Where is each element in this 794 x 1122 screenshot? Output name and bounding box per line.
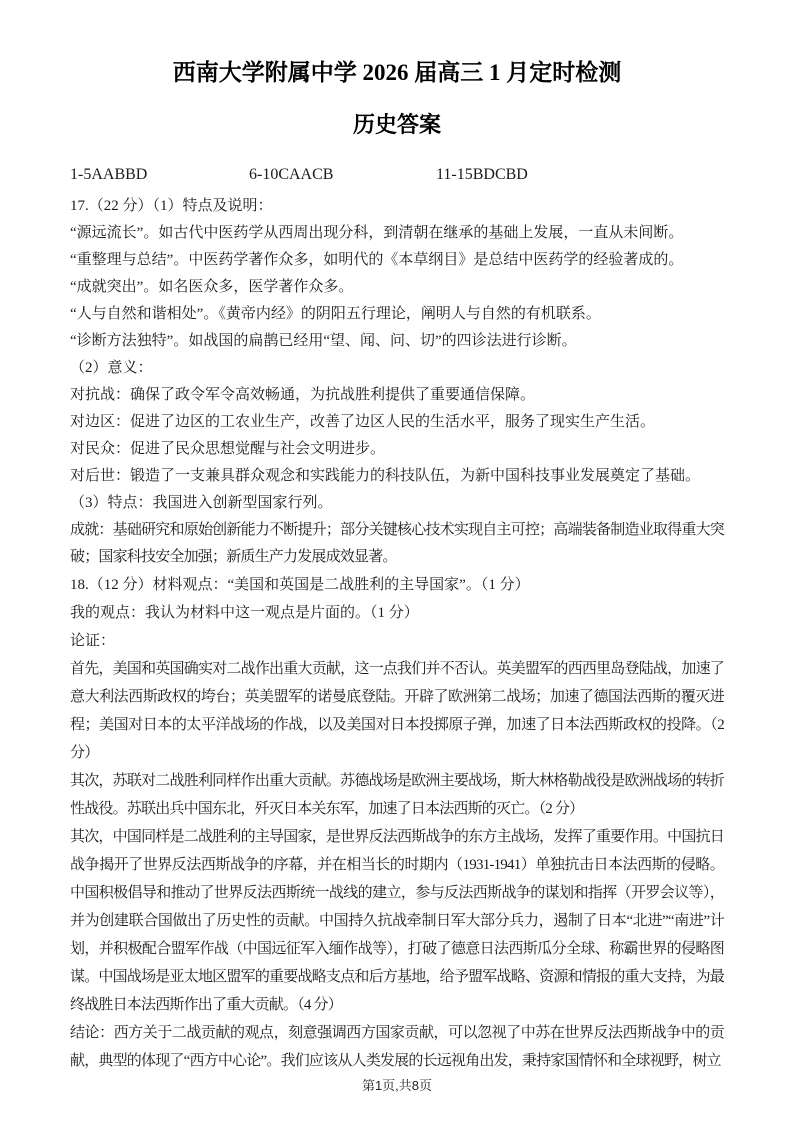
q18-my-viewpoint: 我的观点：我认为材料中这一观点是片面的。（1 分）	[70, 599, 724, 627]
q17-meaning-line: 对抗战：确保了政令军令高效畅通，为抗战胜利提供了重要通信保障。	[70, 382, 724, 409]
answer-key-6-10: 6-10CAACB	[249, 164, 432, 186]
answers-body: 17.（22 分）（1）特点及说明： “源远流长”。如古代中医药学从西周出现分科…	[70, 193, 724, 1075]
q18-argument-paragraph-ussr: 其次，苏联对二战胜利同样作出重大贡献。苏德战场是欧洲主要战场，斯大林格勒战役是欧…	[70, 767, 724, 823]
q17-meaning-line: 对后世：锻造了一支兼具群众观念和实践能力的科技队伍，为新中国科技事业发展奠定了基…	[70, 463, 724, 490]
page-number: 第1页,共8页	[0, 1075, 794, 1094]
multiple-choice-answer-key: 1-5AABBD 6-10CAACB 11-15BDCBD	[70, 164, 724, 186]
q18-argument-paragraph-us-uk: 首先，美国和英国确实对二战作出重大贡献，这一点我们并不否认。英美盟军的西西里岛登…	[70, 655, 724, 767]
answer-key-11-15: 11-15BDCBD	[436, 164, 528, 186]
document-title: 西南大学附属中学 2026 届高三 1 月定时检测	[40, 56, 754, 90]
q17-feature-line: “诊断方法独特”。如战国的扁鹊已经用“望、闻、问、切”的四诊法进行诊断。	[70, 328, 724, 355]
q17-feature-line: “源远流长”。如古代中医药学从西周出现分科，到清朝在继承的基础上发展，一直从未间…	[70, 220, 724, 247]
q18-argument-paragraph-china: 其次，中国同样是二战胜利的主导国家，是世界反法西斯战争的东方主战场，发挥了重要作…	[70, 823, 724, 1019]
q17-feature-line: “人与自然和谐相处”。《黄帝内经》的阴阳五行理论，阐明人与自然的有机联系。	[70, 301, 724, 328]
q17-part2-heading: （2）意义：	[70, 355, 724, 382]
document-page: 西南大学附属中学 2026 届高三 1 月定时检测 历史答案 1-5AABBD …	[0, 0, 794, 1122]
q17-achievement-paragraph: 成就：基础研究和原始创新能力不断提升；部分关键核心技术实现自主可控；高端装备制造…	[70, 517, 724, 571]
q17-feature-line: “成就突出”。如名医众多，医学著作众多。	[70, 274, 724, 301]
q17-feature-line: “重整理与总结”。中医药学著作众多，如明代的《本草纲目》是总结中医药学的经验著成…	[70, 247, 724, 274]
q17-heading-line: 17.（22 分）（1）特点及说明：	[70, 193, 724, 220]
question-17-answer: 17.（22 分）（1）特点及说明： “源远流长”。如古代中医药学从西周出现分科…	[70, 193, 724, 571]
q18-conclusion-paragraph: 结论：西方关于二战贡献的观点，刻意强调西方国家贡献，可以忽视了中苏在世界反法西斯…	[70, 1019, 724, 1075]
q18-argument-heading: 论证：	[70, 627, 724, 655]
q17-meaning-line: 对边区：促进了边区的工农业生产，改善了边区人民的生活水平，服务了现实生产生活。	[70, 409, 724, 436]
answer-key-1-5: 1-5AABBD	[70, 164, 245, 186]
question-18-answer: 18.（12 分）材料观点：“美国和英国是二战胜利的主导国家”。（1 分） 我的…	[70, 571, 724, 1075]
document-subtitle: 历史答案	[40, 110, 754, 140]
q17-part3-heading: （3）特点：我国进入创新型国家行列。	[70, 490, 724, 517]
q18-material-viewpoint: 18.（12 分）材料观点：“美国和英国是二战胜利的主导国家”。（1 分）	[70, 571, 724, 599]
q17-meaning-line: 对民众：促进了民众思想觉醒与社会文明进步。	[70, 436, 724, 463]
